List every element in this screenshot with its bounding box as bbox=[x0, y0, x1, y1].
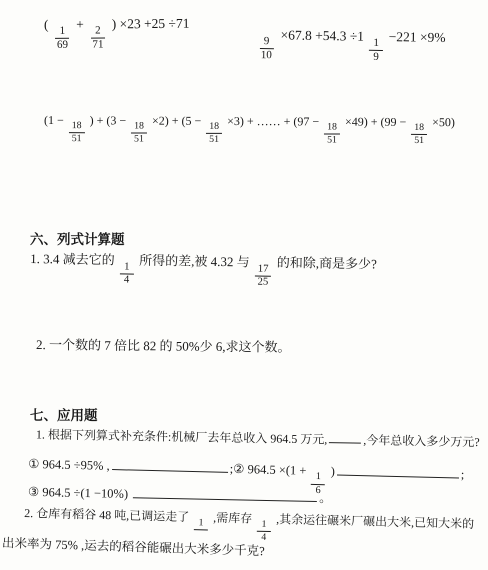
text-segment: ×3) + …… + (97 − bbox=[224, 114, 322, 129]
fraction: 1851 bbox=[411, 123, 427, 146]
worksheet-page: ( 169 + 271 ) ×23 +25 ÷71 910 ×67.8 +54.… bbox=[0, 0, 488, 570]
text-segment: 2. 仓库有稻谷 48 吨,已调运走了 bbox=[24, 506, 192, 524]
fraction: 1851 bbox=[69, 122, 85, 145]
text-segment: 1. 3.4 减去它的 bbox=[30, 251, 118, 267]
fraction: 169 bbox=[54, 26, 71, 51]
text-segment: 1. 根据下列算式补充条件:机械厂去年总收入 964.5 万元, bbox=[36, 427, 328, 446]
text-segment: −221 ×9% bbox=[385, 29, 445, 45]
text-segment: ×67.8 +54.3 ÷1 bbox=[277, 27, 367, 43]
text-segment: ×2) + (5 − bbox=[149, 114, 204, 128]
text-segment: ① 964.5 ÷95% , bbox=[28, 457, 110, 473]
fraction: 14 bbox=[257, 520, 272, 543]
answer-blank bbox=[337, 463, 459, 479]
text-segment: ( bbox=[44, 17, 52, 32]
text-segment: ③ 964.5 ÷(1 −10%) bbox=[28, 485, 132, 501]
text-segment: ) + (3 − bbox=[87, 113, 130, 127]
fraction: 271 bbox=[89, 25, 106, 50]
section-7-heading: 七、应用题 bbox=[30, 407, 98, 425]
text-segment: ,其余运往碾米厂碾出大米,已知大米的 bbox=[273, 512, 474, 531]
answer-blank bbox=[329, 431, 361, 444]
fraction: 1851 bbox=[324, 123, 340, 146]
text-segment: 。 bbox=[319, 491, 332, 505]
fraction: 1851 bbox=[206, 122, 222, 145]
text-segment: + bbox=[73, 17, 88, 32]
text-segment: ×50) bbox=[429, 115, 455, 129]
fraction: 14 bbox=[119, 262, 133, 287]
answer-blank bbox=[112, 457, 228, 473]
expression-1: ( 169 + 271 ) ×23 +25 ÷71 bbox=[44, 15, 190, 51]
fraction: 1725 bbox=[254, 264, 271, 289]
text-segment: ;② 964.5 ×(1 + bbox=[230, 462, 310, 478]
problem-6-2: 2. 一个数的 7 倍比 82 的 50%少 6,求这个数。 bbox=[36, 337, 291, 357]
fraction: 1851 bbox=[131, 122, 147, 145]
text-segment: (1 − bbox=[44, 113, 67, 127]
expression-3: (1 − 1851 ) + (3 − 1851 ×2) + (5 − 1851 … bbox=[44, 113, 455, 146]
text-segment: ) bbox=[327, 464, 335, 478]
text-segment: 的和除,商是多少? bbox=[273, 255, 377, 272]
fraction: 19 bbox=[369, 38, 383, 63]
answer-blank bbox=[133, 485, 317, 502]
text-segment: ; bbox=[461, 467, 465, 481]
fraction: 910 bbox=[258, 36, 275, 61]
text-segment: ) ×23 +25 ÷71 bbox=[108, 16, 189, 32]
text-segment: ×49) + (99 − bbox=[342, 115, 409, 129]
text-segment: ,今年总收入多少万元? bbox=[363, 433, 480, 449]
fraction: 1 bbox=[194, 519, 208, 539]
expression-2: 910 ×67.8 +54.3 ÷1 19 −221 ×9% bbox=[256, 26, 446, 64]
section-6-heading: 六、列式计算题 bbox=[30, 231, 125, 249]
text-segment: 所得的差,被 4.32 与 bbox=[136, 253, 253, 270]
problem-6-1: 1. 3.4 减去它的 14 所得的差,被 4.32 与 1725 的和除,商是… bbox=[30, 251, 377, 291]
problem-7-1: 1. 根据下列算式补充条件:机械厂去年总收入 964.5 万元,,今年总收入多少… bbox=[36, 426, 480, 451]
text-segment: ,需库存 bbox=[210, 511, 255, 526]
